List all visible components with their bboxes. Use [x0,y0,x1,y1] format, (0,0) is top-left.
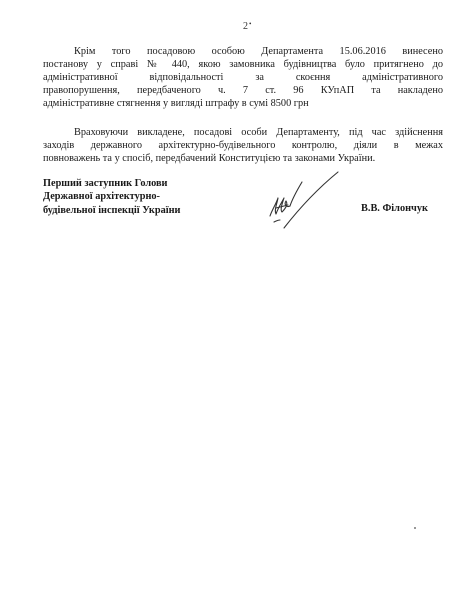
signature-icon [262,168,347,238]
page-number-value: 2 [243,21,248,32]
paragraph-line: адміністративне стягнення у вигляді штра… [43,98,443,111]
scan-speck [414,527,416,529]
signatory-title: Перший заступник Голови Державної архіте… [43,177,180,217]
page-mark: • [249,20,251,28]
signatory-title-line: Державної архітектурно- [43,190,180,203]
signatory-title-line: будівельної інспекції України [43,204,180,217]
document-page: 2• Крім того посадовою особою Департамен… [0,0,465,600]
signatory-name: В.В. Філончук [361,203,428,214]
page-number: 2• [243,21,251,32]
paragraph-conclusion: Враховуючи викладене, посадові особи Деп… [43,127,443,166]
paragraph-line: Враховуючи викладене, посадові особи Деп… [43,127,443,140]
signatory-title-line: Перший заступник Голови [43,177,180,190]
paragraph-line: повноважень та у спосіб, передбачений Ко… [43,153,443,166]
paragraph-fine-notice: Крім того посадовою особою Департамента … [43,46,443,111]
paragraph-line: Крім того посадовою особою Департамента … [43,46,443,59]
paragraph-line: правопорушення, передбаченого ч. 7 ст. 9… [43,85,443,98]
paragraph-line: заходів державного архітектурно-будівель… [43,140,443,153]
paragraph-line: адміністративної відповідальності за ско… [43,72,443,85]
paragraph-line: постанову у справі № 440, якою замовника… [43,59,443,72]
